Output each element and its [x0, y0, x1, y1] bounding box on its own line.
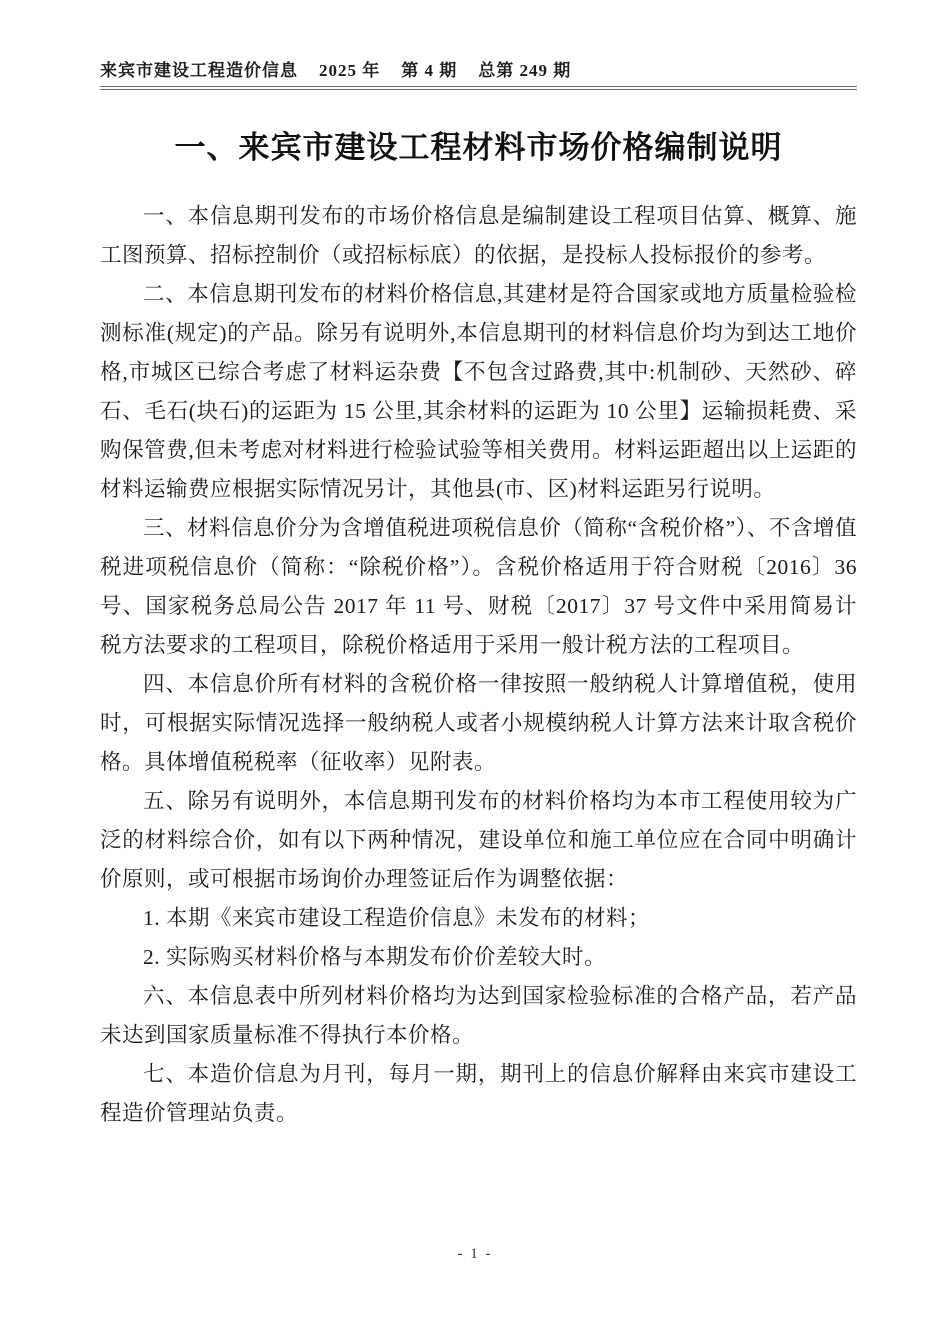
paragraph-7: 七、本造价信息为月刊，每月一期，期刊上的信息价解释由来宾市建设工程造价管理站负责…: [100, 1055, 857, 1133]
journal-year: 2025 年: [319, 61, 380, 80]
paragraph-5: 五、除另有说明外，本信息期刊发布的材料价格均为本市工程使用较为广泛的材料综合价，…: [100, 782, 857, 899]
document-body: 一、本信息期刊发布的市场价格信息是编制建设工程项目估算、概算、施工图预算、招标控…: [100, 197, 857, 1133]
header-double-rule: [100, 86, 857, 90]
page-header: 来宾市建设工程造价信息2025 年第 4 期总第 249 期: [100, 60, 857, 90]
document-page: 来宾市建设工程造价信息2025 年第 4 期总第 249 期 一、来宾市建设工程…: [0, 0, 950, 1344]
list-item-2: 2. 实际购买材料价格与本期发布价价差较大时。: [100, 938, 857, 977]
journal-issue: 第 4 期: [401, 61, 457, 80]
paragraph-6: 六、本信息表中所列材料价格均为达到国家检验标准的合格产品，若产品未达到国家质量标…: [100, 977, 857, 1055]
journal-cumulative-issue: 总第 249 期: [478, 61, 571, 80]
paragraph-4: 四、本信息价所有材料的含税价格一律按照一般纳税人计算增值税，使用时，可根据实际情…: [100, 665, 857, 782]
paragraph-1: 一、本信息期刊发布的市场价格信息是编制建设工程项目估算、概算、施工图预算、招标控…: [100, 197, 857, 275]
page-number: - 1 -: [0, 1246, 950, 1263]
list-item-1: 1. 本期《来宾市建设工程造价信息》未发布的材料；: [100, 899, 857, 938]
paragraph-3: 三、材料信息价分为含增值税进项税信息价（简称“含税价格”）、不含增值税进项税信息…: [100, 509, 857, 665]
page-header-text: 来宾市建设工程造价信息2025 年第 4 期总第 249 期: [100, 60, 857, 82]
paragraph-2: 二、本信息期刊发布的材料价格信息,其建材是符合国家或地方质量检验检测标准(规定)…: [100, 275, 857, 509]
journal-name: 来宾市建设工程造价信息: [100, 61, 298, 80]
page-title: 一、来宾市建设工程材料市场价格编制说明: [100, 126, 857, 170]
